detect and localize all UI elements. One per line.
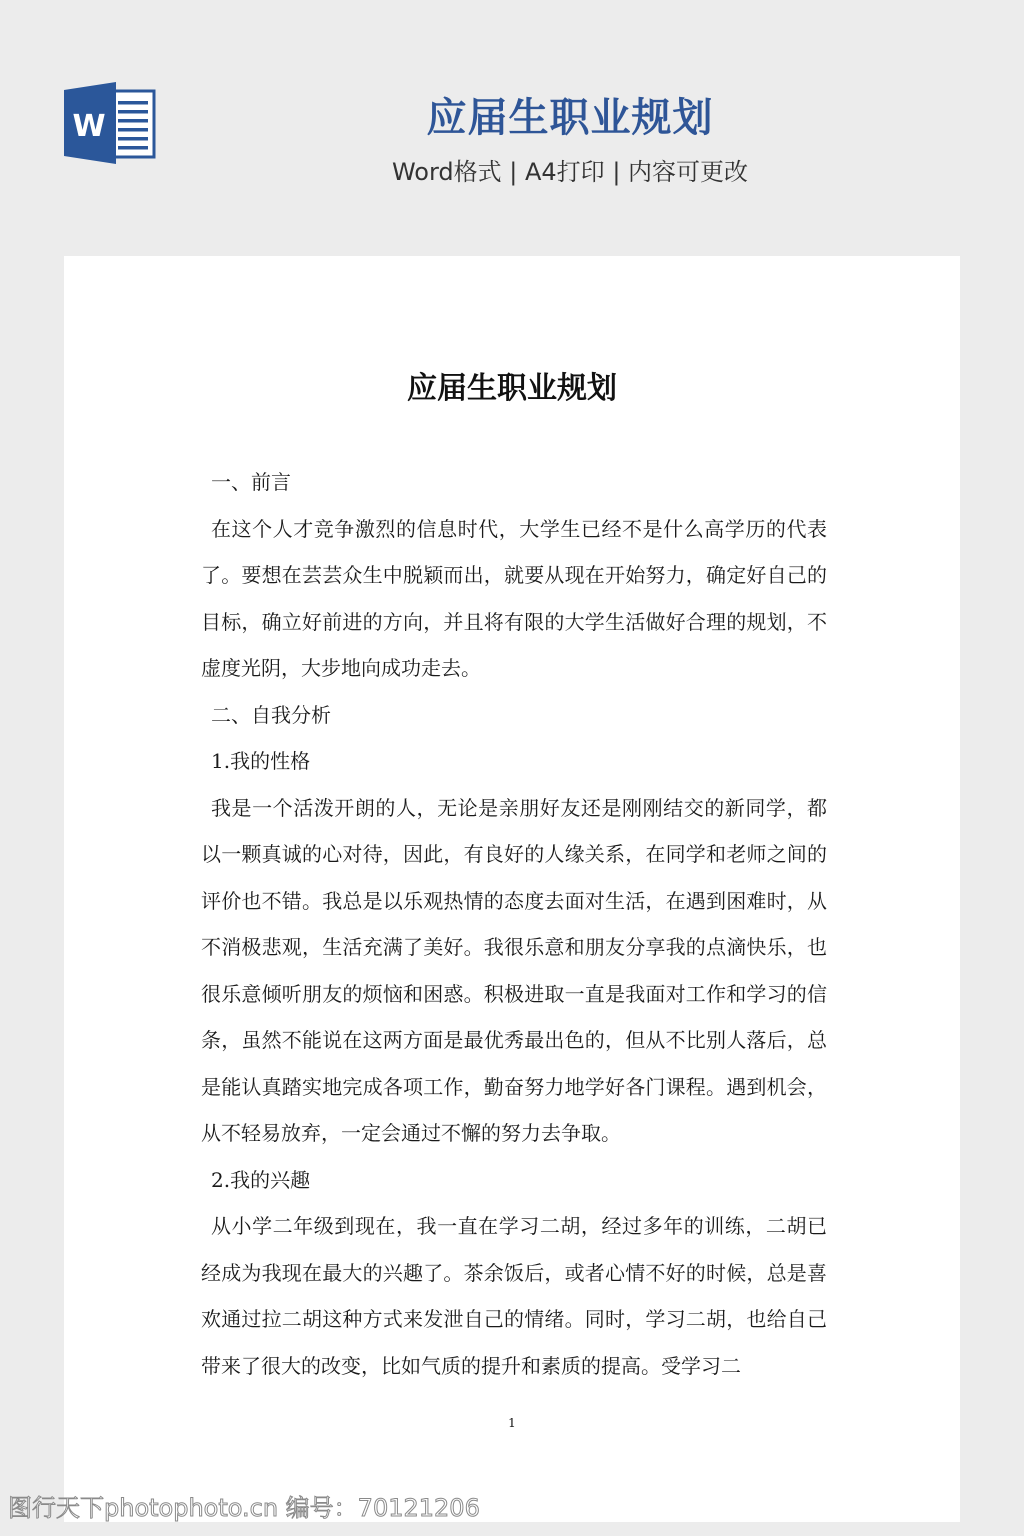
subheading-interests: 2.我的兴趣 xyxy=(201,1157,827,1204)
banner-title: 应届生职业规划 xyxy=(330,92,810,144)
section-heading-preface: 一、前言 xyxy=(201,459,827,506)
document-body: 一、前言 在这个人才竞争激烈的信息时代，大学生已经不是什么高学历的代表了。要想在… xyxy=(201,459,827,1389)
paragraph-interests: 从小学二年级到现在，我一直在学习二胡，经过多年的训练，二胡已经成为我现在最大的兴… xyxy=(201,1203,827,1389)
word-document-icon: W xyxy=(64,82,156,164)
section-heading-self-analysis: 二、自我分析 xyxy=(201,692,827,739)
watermark: 图行天下photophoto.cn 编号：70121206 xyxy=(8,1492,480,1524)
word-icon-letter: W xyxy=(72,109,105,144)
page-number: 1 xyxy=(64,1416,960,1430)
paragraph-preface: 在这个人才竞争激烈的信息时代，大学生已经不是什么高学历的代表了。要想在芸芸众生中… xyxy=(201,506,827,692)
document-page: 应届生职业规划 一、前言 在这个人才竞争激烈的信息时代，大学生已经不是什么高学历… xyxy=(64,256,960,1522)
subheading-personality: 1.我的性格 xyxy=(201,738,827,785)
document-title: 应届生职业规划 xyxy=(64,364,960,414)
paragraph-personality: 我是一个活泼开朗的人，无论是亲朋好友还是刚刚结交的新同学，都以一颗真诚的心对待，… xyxy=(201,785,827,1157)
banner-subtitle: Word格式 | A4打印 | 内容可更改 xyxy=(330,152,810,192)
